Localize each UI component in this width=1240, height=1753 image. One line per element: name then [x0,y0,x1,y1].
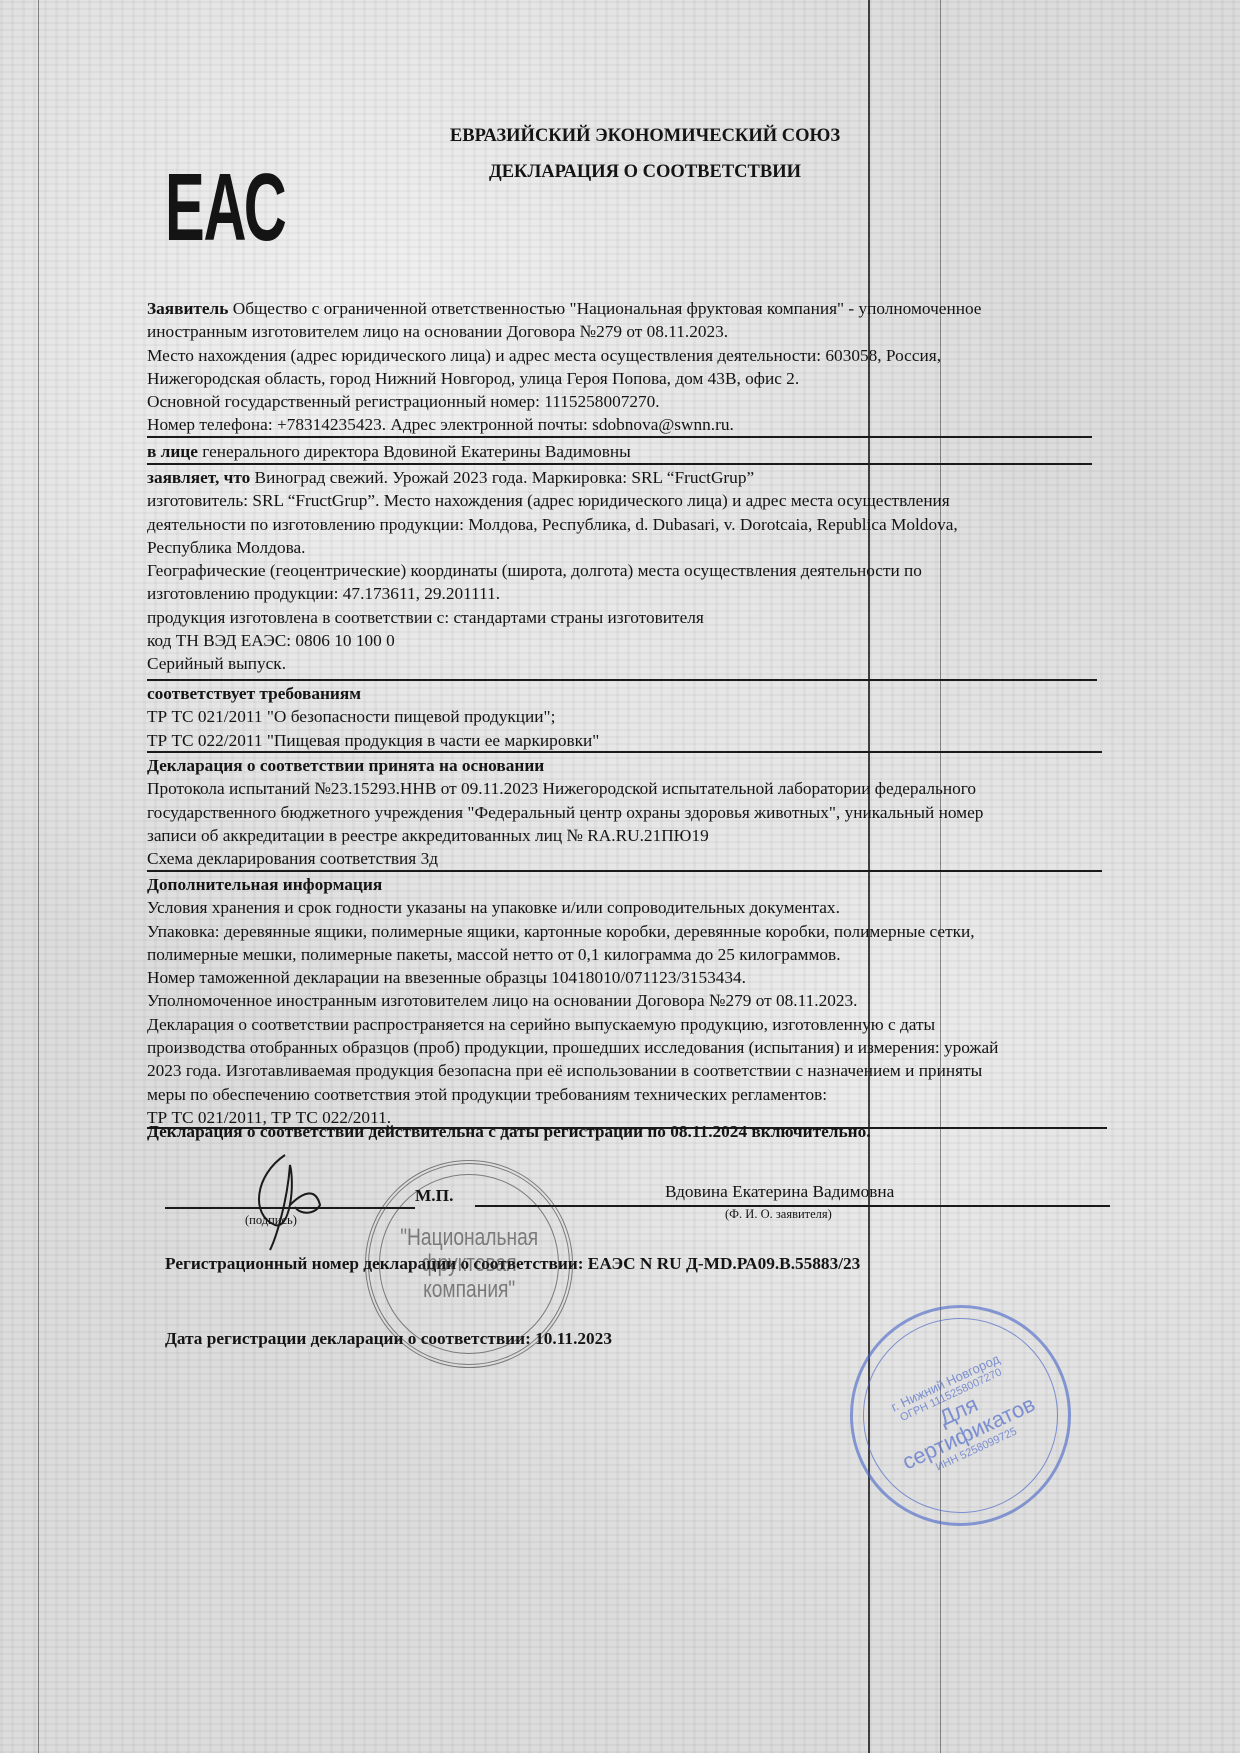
storage-conditions: Условия хранения и срок годности указаны… [147,896,1097,919]
eac-logo: ЕАС [165,160,285,256]
scope-text: производства отобранных образцов (проб) … [147,1036,1097,1059]
declares-label: заявляет, что [147,468,250,487]
signature-mark [245,1145,335,1255]
requirements-section: соответствует требованиям ТР ТС 021/2011… [147,682,1097,752]
signature-caption: (подпись) [245,1213,297,1228]
represented-by-section: в лице генерального директора Вдовиной Е… [147,440,1097,463]
regulation-item: ТР ТС 022/2011 "Пищевая продукция в част… [147,729,1097,752]
standards-text: продукция изготовлена в соответствии с: … [147,606,1097,629]
stamp-text: "Национальная [400,1225,538,1251]
stamp-text: фруктовая [400,1251,538,1277]
test-protocol: государственного бюджетного учреждения "… [147,801,1097,824]
stamp-text: компания" [400,1277,538,1303]
validity-text: Декларация о соответствии действительна … [147,1120,1097,1143]
regulation-item: ТР ТС 021/2011 "О безопасности пищевой п… [147,705,1097,728]
applicant-ogrn: Основной государственный регистрационный… [147,390,1097,413]
divider [147,436,1092,438]
applicant-label: Заявитель [147,299,228,318]
certificate-stamp: г. Нижний Новгород ОГРН 1115258007270 Дл… [814,1269,1108,1563]
manufacturer-address: Республика Молдова. [147,536,1097,559]
divider [147,463,1092,465]
scope-text: 2023 года. Изготавливаемая продукция без… [147,1059,1097,1082]
scope-text: меры по обеспечению соответствия этой пр… [147,1083,1097,1106]
basis-section: Декларация о соответствии принята на осн… [147,754,1097,870]
declares-section: заявляет, что Виноград свежий. Урожай 20… [147,466,1097,676]
applicant-text: иностранным изготовителем лицо на основа… [147,320,1097,343]
divider [147,870,1102,872]
applicant-address: Нижегородская область, город Нижний Новг… [147,367,1097,390]
divider [147,751,1102,753]
serial-release: Серийный выпуск. [147,652,1097,675]
declaration-page: ЕАС ЕВРАЗИЙСКИЙ ЭКОНОМИЧЕСКИЙ СОЮЗ ДЕКЛА… [0,0,1240,1753]
applicant-section: Заявитель Общество с ограниченной ответс… [147,297,1097,437]
packaging: Упаковка: деревянные ящики, полимерные я… [147,920,1097,943]
applicant-contacts: Номер телефона: +78314235423. Адрес элек… [147,413,1097,436]
hs-code: код ТН ВЭД ЕАЭС: 0806 10 100 0 [147,629,1097,652]
signer-name: Вдовина Екатерина Вадимовна [665,1180,894,1203]
coordinates-text: Географические (геоцентрические) координ… [147,559,1097,582]
product-description: Виноград свежий. Урожай 2023 года. Марки… [250,468,754,487]
additional-info-label: Дополнительная информация [147,873,1097,896]
represented-by-label: в лице [147,442,198,461]
packaging: полимерные мешки, полимерные пакеты, мас… [147,943,1097,966]
requirements-label: соответствует требованиям [147,682,1097,705]
accreditation-number: записи об аккредитации в реестре аккреди… [147,824,1097,847]
applicant-address: Место нахождения (адрес юридического лиц… [147,344,1097,367]
additional-info-section: Дополнительная информация Условия хранен… [147,873,1097,1129]
document-title: ДЕКЛАРАЦИЯ О СООТВЕТСТВИИ [400,162,890,183]
signer-caption: (Ф. И. О. заявителя) [725,1207,832,1222]
signature-line [165,1207,415,1209]
scope-text: Декларация о соответствии распространяет… [147,1013,1097,1036]
union-title: ЕВРАЗИЙСКИЙ ЭКОНОМИЧЕСКИЙ СОЮЗ [400,126,890,147]
represented-by-text: генерального директора Вдовиной Екатерин… [198,442,631,461]
coordinates-value: изготовлению продукции: 47.173611, 29.20… [147,582,1097,605]
test-protocol: Протокола испытаний №23.15293.ННВ от 09.… [147,777,1097,800]
registration-number: Регистрационный номер декларации о соотв… [165,1252,1115,1275]
manufacturer-text: изготовитель: SRL “FructGrup”. Место нах… [147,489,1097,512]
applicant-text: Общество с ограниченной ответственностью… [228,299,981,318]
authorized-person: Уполномоченное иностранным изготовителем… [147,989,1097,1012]
manufacturer-address: деятельности по изготовлению продукции: … [147,513,1097,536]
declaration-scheme: Схема декларирования соответствия 3д [147,847,1097,870]
company-seal-stamp: "Национальная фруктовая компания" [365,1160,573,1368]
divider [147,679,1097,681]
basis-label: Декларация о соответствии принята на осн… [147,754,1097,777]
customs-declaration: Номер таможенной декларации на ввезенные… [147,966,1097,989]
